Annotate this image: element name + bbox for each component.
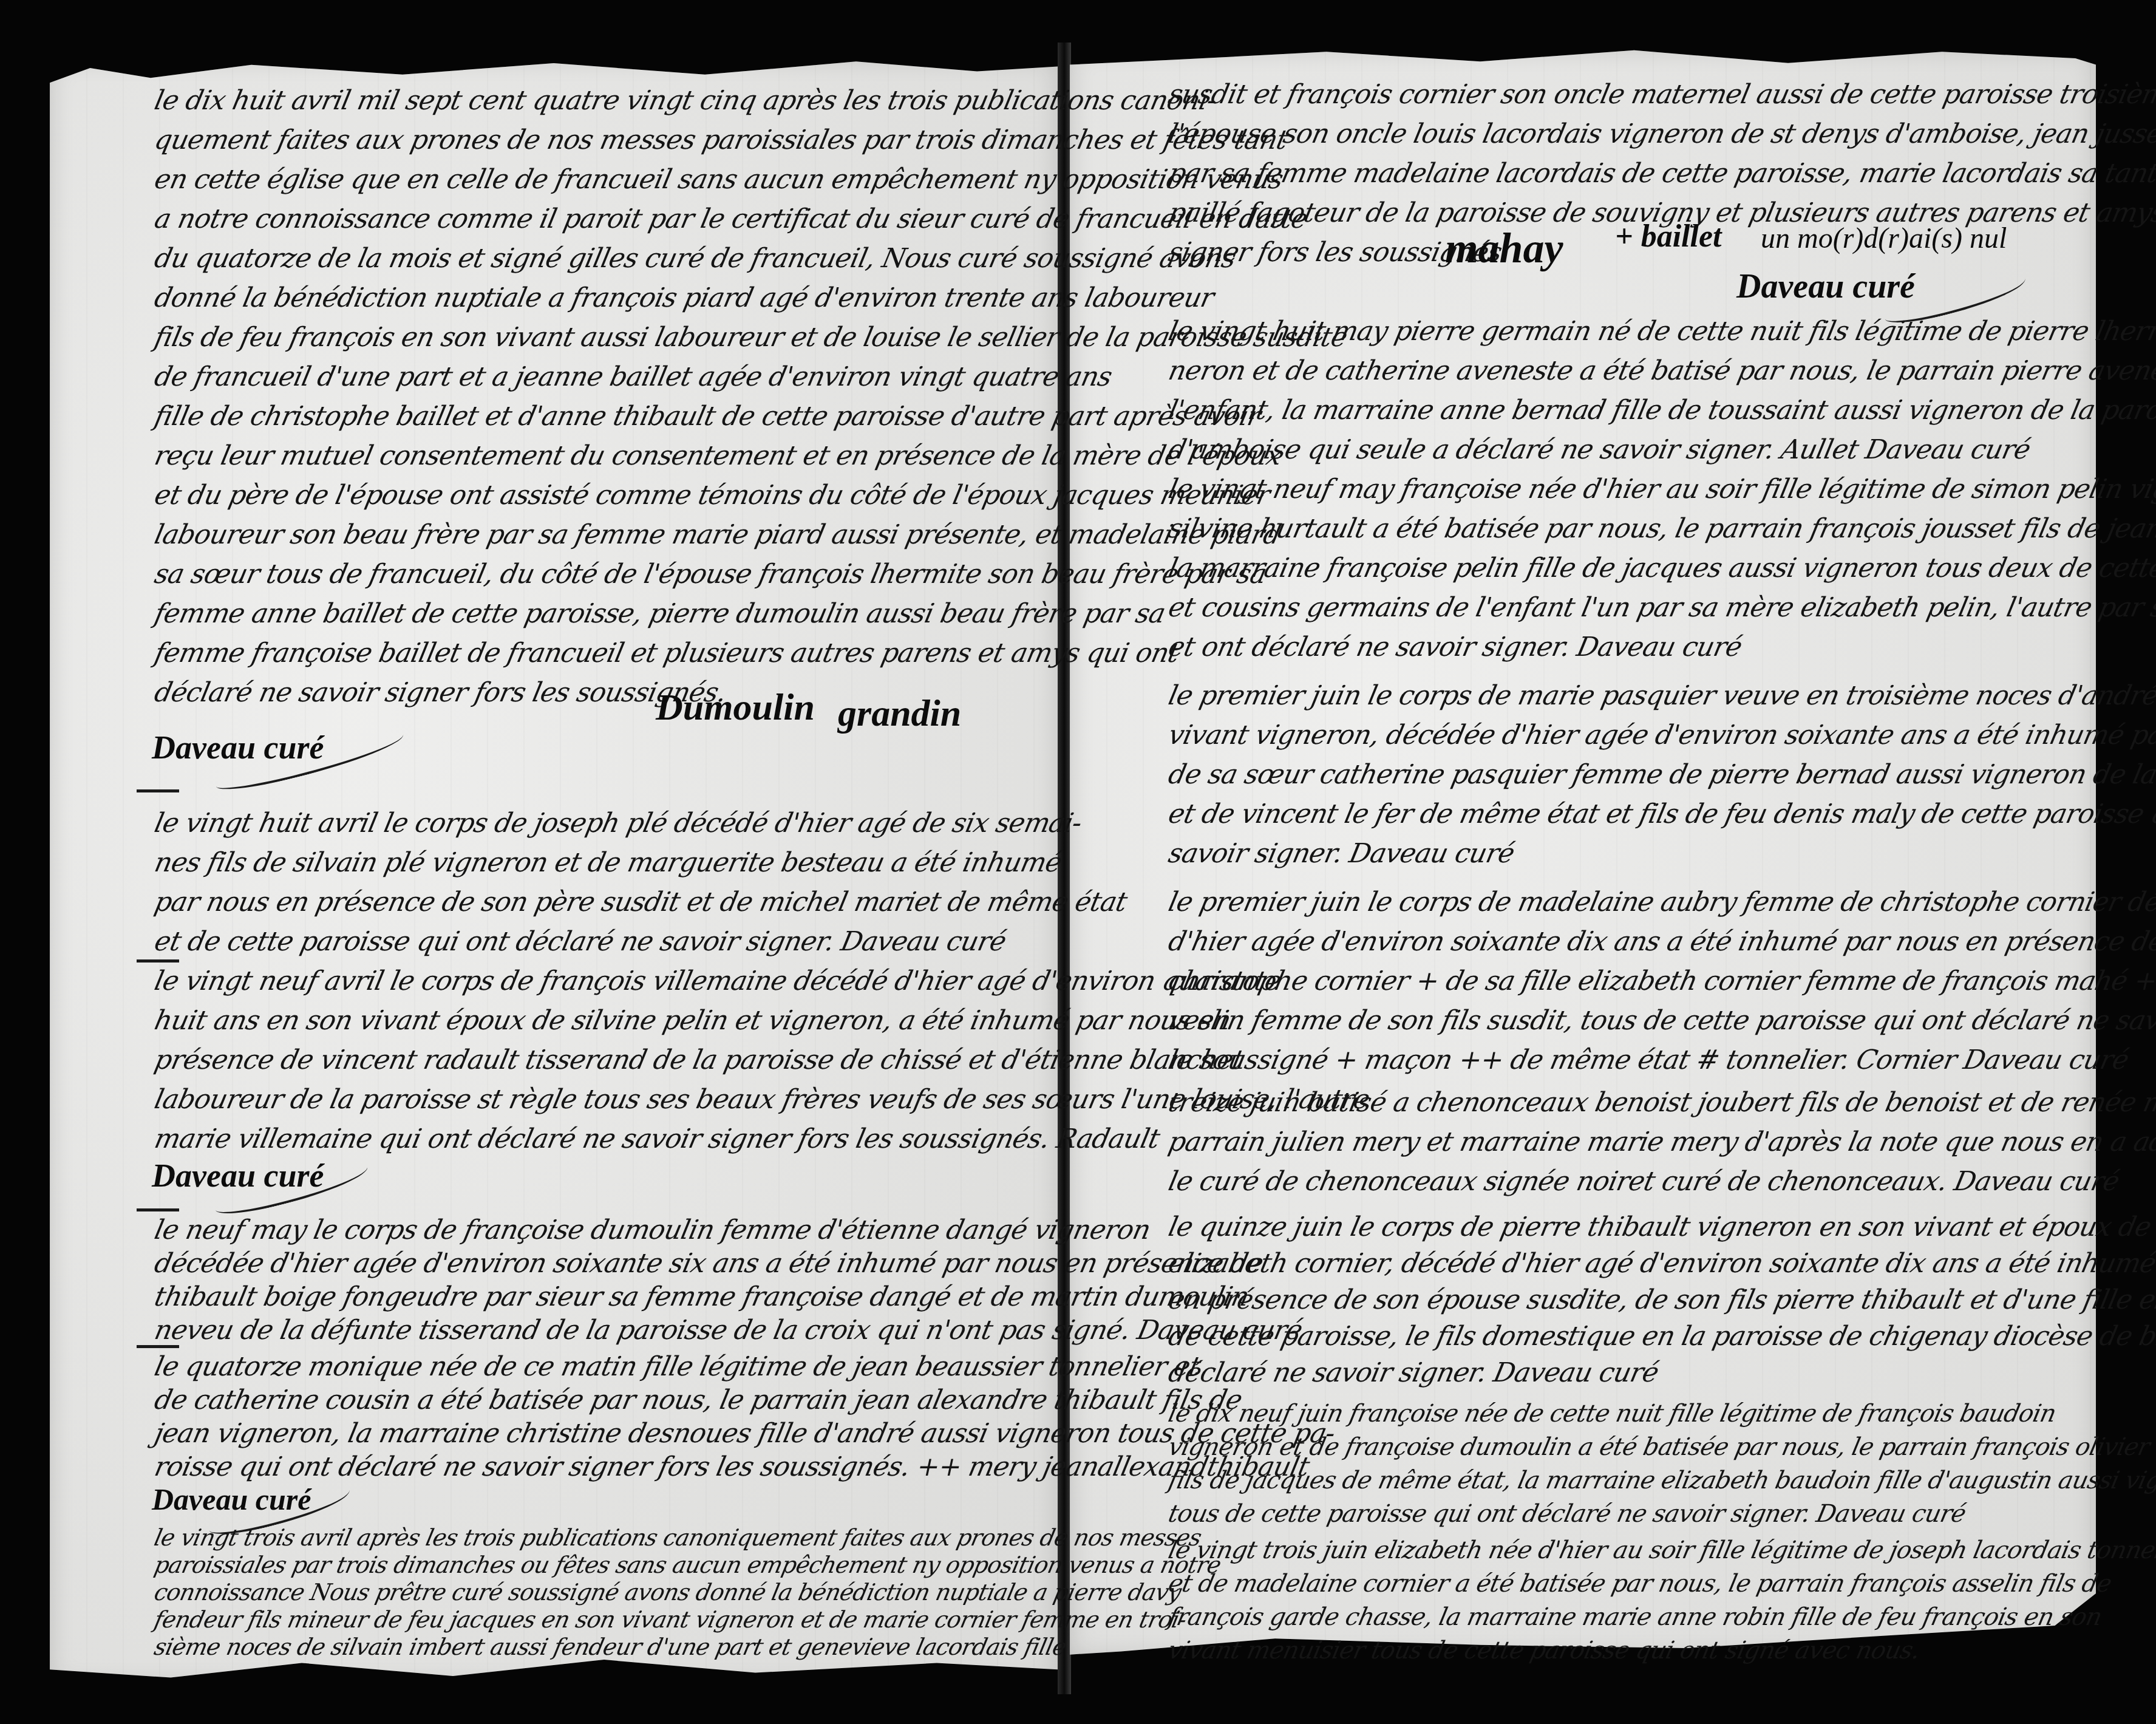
text-line: le vingt huit may pierre germain né de c…: [1166, 316, 2156, 347]
text-line: par nous en présence de son père susdit …: [152, 887, 1129, 918]
text-line: déclaré ne savoir signer fors les soussi…: [152, 677, 729, 708]
text-line: la marraine françoise pelin fille de jac…: [1166, 553, 2156, 584]
text-line: vivant menuisier tous de cette paroisse …: [1166, 1637, 1922, 1664]
text-line: silvine hurtault a été batisée par nous,…: [1166, 513, 2156, 544]
text-line: treize juin batisé a chenonceaux benoist…: [1166, 1087, 2156, 1118]
text-line: donné la bénédiction nuptiale a françois…: [152, 282, 1217, 313]
text-line: le vingt neuf may françoise née d'hier a…: [1166, 474, 2156, 505]
text-line: et de madelaine cornier a été batisée pa…: [1166, 1570, 2114, 1598]
text-line: le soussigné + maçon ++ de même état # t…: [1166, 1044, 2131, 1075]
text-line: femme anne baillet de cette paroisse, pi…: [152, 598, 1168, 629]
text-line: de cette paroisse, le fils domestique en…: [1166, 1321, 2156, 1352]
text-line: et de vincent le fer de même état et fil…: [1166, 799, 2156, 830]
entry-separator: [137, 789, 179, 792]
text-line: vivant vigneron, décédée d'hier agée d'e…: [1166, 720, 2156, 751]
signature: mahay: [1445, 225, 1563, 273]
curate-signature: Daveau curé: [1736, 267, 1915, 306]
text-line: d'hier agée d'environ soixante dix ans a…: [1166, 926, 2156, 957]
text-line: de sa sœur catherine pasquier femme de p…: [1166, 759, 2156, 790]
text-line: savoir signer. Daveau curé: [1166, 838, 1517, 869]
text-line: susdit et françois cornier son oncle mat…: [1166, 79, 2156, 110]
text-line: du quatorze de la mois et signé gilles c…: [152, 243, 1239, 274]
text-line: connoissance Nous prêtre curé soussigné …: [152, 1579, 1183, 1606]
text-line: tous de cette paroisse qui ont déclaré n…: [1166, 1500, 1968, 1528]
text-line: françois garde chasse, la marraine marie…: [1166, 1603, 2104, 1631]
text-line: thibault boige fongeudre par sieur sa fe…: [152, 1281, 1251, 1312]
text-line: décédée d'hier agée d'environ soixante s…: [152, 1248, 1266, 1279]
text-line: christophe cornier + de sa fille elizabe…: [1166, 966, 2156, 997]
text-line: neveu de la défunte tisserand de la paro…: [152, 1315, 1305, 1346]
text-line: et cousins germains de l'enfant l'un par…: [1166, 592, 2156, 623]
text-line: le vingt trois juin elizabeth née d'hier…: [1166, 1536, 2156, 1564]
text-line: l'épouse son oncle louis lacordais vigne…: [1166, 118, 2156, 149]
text-line: parrain julien mery et marraine marie me…: [1166, 1126, 2156, 1157]
text-line: le dix neuf juin françoise née de cette …: [1166, 1400, 2058, 1428]
text-line: déclaré ne savoir signer. Daveau curé: [1166, 1357, 1661, 1388]
entry-separator: [137, 959, 179, 963]
text-line: elizabeth cornier, décédé d'hier agé d'e…: [1166, 1248, 2156, 1279]
text-line: le vingt huit avril le corps de joseph p…: [152, 808, 1084, 839]
signature: + baillet: [1615, 219, 1722, 254]
text-line: le premier juin le corps de marie pasqui…: [1166, 680, 2156, 711]
text-line: marie villemaine qui ont déclaré ne savo…: [152, 1123, 1162, 1154]
text-line: et de cette paroisse qui ont déclaré ne …: [152, 926, 1008, 957]
text-line: sa sœur tous de francueil, du côté de l'…: [152, 559, 1269, 590]
text-line: et ont déclaré ne savoir signer. Daveau …: [1166, 632, 1744, 663]
text-line: en présence de son épouse susdite, de so…: [1166, 1284, 2156, 1315]
text-line: paroissiales par trois dimanches ou fête…: [152, 1552, 1223, 1578]
text-line: le quinze juin le corps de pierre thibau…: [1166, 1211, 2154, 1242]
text-line: l'enfant, la marraine anne bernad fille …: [1166, 395, 2156, 426]
text-line: le dix huit avril mil sept cent quatre v…: [152, 85, 1219, 116]
text-line: laboureur son beau frère par sa femme ma…: [152, 519, 1284, 550]
text-line: vigneron et de françoise dumoulin a été …: [1166, 1433, 2152, 1461]
signature: un mo(r)d(r)ai(s) nul: [1761, 222, 2007, 255]
text-line: femme françoise baillet de francueil et …: [152, 638, 1182, 669]
text-line: de catherine cousin a été batisée par no…: [152, 1385, 1245, 1416]
text-line: le premier juin le corps de madelaine au…: [1166, 887, 2156, 918]
text-line: neron et de catherine aveneste a été bat…: [1166, 355, 2156, 386]
text-line: quement faites aux prones de nos messes …: [152, 124, 1290, 155]
text-line: présence de vincent radault tisserand de…: [152, 1044, 1246, 1075]
text-line: le vingt neuf avril le corps de françois…: [152, 966, 1284, 997]
text-line: a notre connoissance comme il paroit par…: [152, 203, 1310, 234]
text-line: le curé de chenonceaux signée noiret cur…: [1166, 1166, 2122, 1197]
text-line: le neuf may le corps de françoise dumoul…: [152, 1215, 1153, 1245]
text-line: veslin femme de son fils susdit, tous de…: [1166, 1005, 2156, 1036]
text-line: nes fils de silvain plé vigneron et de m…: [152, 847, 1064, 878]
signature: grandin: [838, 692, 961, 735]
text-line: jean vigneron, la marraine christine des…: [152, 1418, 1338, 1449]
text-line: en cette église que en celle de francuei…: [152, 164, 1285, 195]
text-line: sième noces de silvain imbert aussi fend…: [152, 1634, 1069, 1660]
signature: Dumoulin: [656, 686, 815, 729]
text-line: par sa femme madelaine lacordais de cett…: [1166, 158, 2156, 189]
text-line: huit ans en son vivant époux de silvine …: [152, 1005, 1233, 1036]
text-line: fille de christophe baillet et d'anne th…: [152, 401, 1263, 432]
text-line: d'amboise qui seule a déclaré ne savoir …: [1166, 434, 2033, 465]
text-line: et du père de l'épouse ont assisté comme…: [152, 480, 1273, 511]
text-line: fendeur fils mineur de feu jacques en so…: [152, 1606, 1189, 1633]
text-line: le vingt trois avril après les trois pub…: [152, 1524, 1203, 1551]
text-line: de francueil d'une part et a jeanne bail…: [152, 361, 1115, 392]
text-line: le quatorze monique née de ce matin fill…: [152, 1351, 1203, 1382]
text-line: roisse qui ont déclaré ne savoir signer …: [152, 1451, 1312, 1482]
text-line: reçu leur mutuel consentement du consent…: [152, 440, 1284, 471]
text-line: fils de jacques de même état, la marrain…: [1166, 1467, 2156, 1494]
entry-separator: [137, 1208, 179, 1211]
entry-separator: [137, 1345, 179, 1348]
